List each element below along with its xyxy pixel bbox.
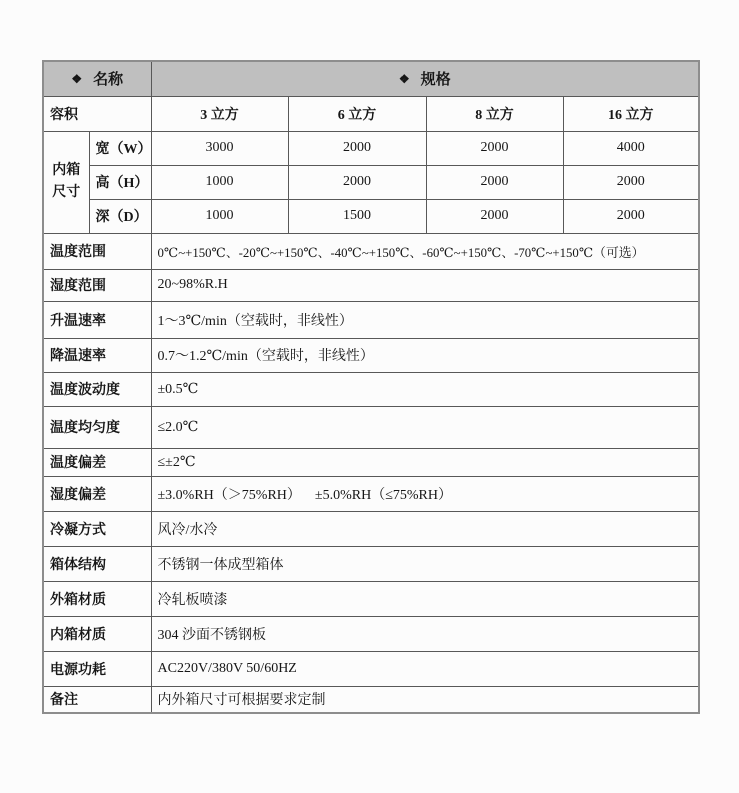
spec-row-inner-material: 内箱材质 304 沙面不锈钢板: [43, 616, 699, 651]
dimension-value: 1000: [151, 199, 288, 233]
header-cell-spec: ❖规格: [151, 61, 699, 96]
spec-value: 0℃~+150℃、-20℃~+150℃、-40℃~+150℃、-60℃~+150…: [151, 233, 699, 269]
row-label-depth: 深（D）: [89, 199, 151, 233]
row-label-height: 高（H）: [89, 165, 151, 199]
diamond-bullet-icon: ❖: [71, 72, 82, 87]
spec-row-condensing-mode: 冷凝方式 风冷/水冷: [43, 511, 699, 546]
volume-value: 3 立方: [151, 96, 288, 131]
row-label: 箱体结构: [43, 546, 151, 581]
header-cell-name: ❖名称: [43, 61, 151, 96]
inner-width-row: 内箱 尺寸 宽（W） 3000 2000 2000 4000: [43, 131, 699, 165]
diamond-bullet-icon: ❖: [399, 72, 410, 87]
spec-row-remarks: 备注 内外箱尺寸可根据要求定制: [43, 686, 699, 713]
spec-row-power: 电源功耗 AC220V/380V 50/60HZ: [43, 651, 699, 686]
spec-row-temp-fluctuation: 温度波动度 ±0.5℃: [43, 372, 699, 406]
spec-row-heatup-rate: 升温速率 1～3℃/min（空载时，非线性）: [43, 301, 699, 338]
spec-row-humidity-range: 湿度范围 20~98%R.H: [43, 269, 699, 301]
dimension-value: 2000: [426, 131, 563, 165]
inner-box-label-line: 内箱: [50, 160, 83, 182]
dimension-value: 4000: [563, 131, 699, 165]
row-label: 内箱材质: [43, 616, 151, 651]
spec-value: ±3.0%RH（＞75%RH） ±5.0%RH（≤75%RH）: [151, 476, 699, 511]
spec-sheet: ❖名称 ❖规格 容积 3 立方 6 立方 8 立方 16 立方 内箱 尺寸 宽（…: [42, 60, 700, 714]
spec-value: 1～3℃/min（空载时，非线性）: [151, 301, 699, 338]
inner-depth-row: 深（D） 1000 1500 2000 2000: [43, 199, 699, 233]
volume-value: 8 立方: [426, 96, 563, 131]
spec-value: 不锈钢一体成型箱体: [151, 546, 699, 581]
row-label: 温度范围: [43, 233, 151, 269]
dimension-value: 2000: [563, 199, 699, 233]
dimension-value: 3000: [151, 131, 288, 165]
dimension-value: 2000: [288, 165, 426, 199]
table-header-row: ❖名称 ❖规格: [43, 61, 699, 96]
spec-row-humidity-deviation: 湿度偏差 ±3.0%RH（＞75%RH） ±5.0%RH（≤75%RH）: [43, 476, 699, 511]
spec-value: ≤2.0℃: [151, 406, 699, 448]
inner-box-label-line: 尺寸: [50, 182, 83, 204]
spec-value: ≤±2℃: [151, 448, 699, 476]
row-label: 温度均匀度: [43, 406, 151, 448]
row-label: 升温速率: [43, 301, 151, 338]
header-spec-label: 规格: [421, 72, 451, 88]
dimension-value: 1000: [151, 165, 288, 199]
row-label: 降温速率: [43, 338, 151, 372]
spec-row-cooldown-rate: 降温速率 0.7～1.2℃/min（空载时，非线性）: [43, 338, 699, 372]
row-label: 备注: [43, 686, 151, 713]
row-label-width: 宽（W）: [89, 131, 151, 165]
row-label: 冷凝方式: [43, 511, 151, 546]
spec-value: 0.7～1.2℃/min（空载时，非线性）: [151, 338, 699, 372]
dimension-value: 2000: [426, 165, 563, 199]
row-label: 温度偏差: [43, 448, 151, 476]
row-label: 湿度范围: [43, 269, 151, 301]
row-label: 电源功耗: [43, 651, 151, 686]
spec-row-temp-uniformity: 温度均匀度 ≤2.0℃: [43, 406, 699, 448]
dimension-value: 1500: [288, 199, 426, 233]
spec-row-temp-range: 温度范围 0℃~+150℃、-20℃~+150℃、-40℃~+150℃、-60℃…: [43, 233, 699, 269]
inner-height-row: 高（H） 1000 2000 2000 2000: [43, 165, 699, 199]
volume-row: 容积 3 立方 6 立方 8 立方 16 立方: [43, 96, 699, 131]
spec-row-cabinet-structure: 箱体结构 不锈钢一体成型箱体: [43, 546, 699, 581]
volume-value: 6 立方: [288, 96, 426, 131]
header-name-label: 名称: [93, 72, 123, 88]
dimension-value: 2000: [426, 199, 563, 233]
spec-value: ±0.5℃: [151, 372, 699, 406]
spec-value: AC220V/380V 50/60HZ: [151, 651, 699, 686]
row-label: 湿度偏差: [43, 476, 151, 511]
row-label-volume: 容积: [43, 96, 151, 131]
row-label: 温度波动度: [43, 372, 151, 406]
row-label: 外箱材质: [43, 581, 151, 616]
spec-value: 内外箱尺寸可根据要求定制: [151, 686, 699, 713]
spec-value: 304 沙面不锈钢板: [151, 616, 699, 651]
spec-value: 20~98%R.H: [151, 269, 699, 301]
inner-box-group-label: 内箱 尺寸: [43, 131, 89, 233]
spec-value: 冷轧板喷漆: [151, 581, 699, 616]
dimension-value: 2000: [563, 165, 699, 199]
volume-value: 16 立方: [563, 96, 699, 131]
dimension-value: 2000: [288, 131, 426, 165]
spec-table: ❖名称 ❖规格 容积 3 立方 6 立方 8 立方 16 立方 内箱 尺寸 宽（…: [42, 60, 700, 714]
spec-row-temp-deviation: 温度偏差 ≤±2℃: [43, 448, 699, 476]
spec-row-outer-material: 外箱材质 冷轧板喷漆: [43, 581, 699, 616]
spec-value: 风冷/水冷: [151, 511, 699, 546]
